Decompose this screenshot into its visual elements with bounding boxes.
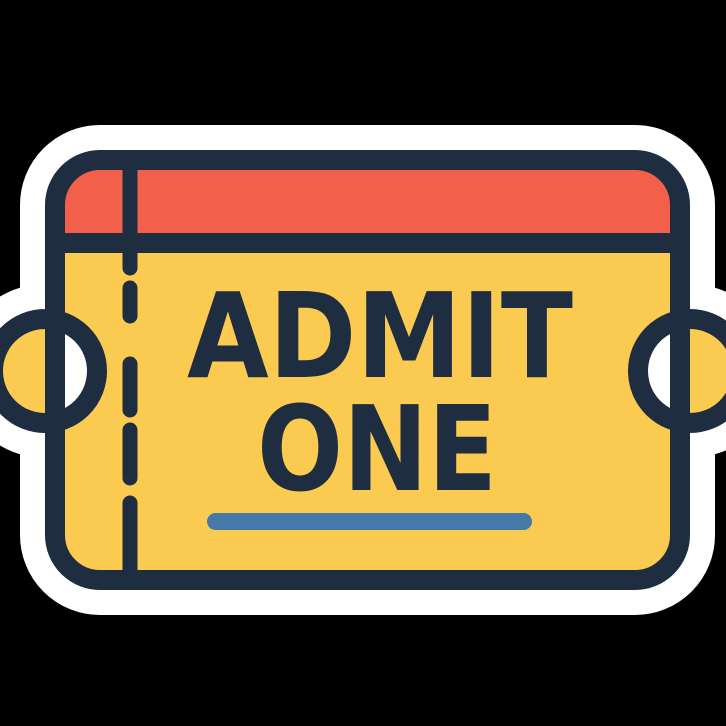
admit-one-ticket-sticker-image: ADMIT ONE [0, 0, 726, 726]
stripe-separator-band [45, 233, 690, 253]
one-text: ONE [257, 380, 497, 518]
sticker-canvas: ADMIT ONE [0, 0, 726, 726]
signature-underline [207, 513, 532, 530]
